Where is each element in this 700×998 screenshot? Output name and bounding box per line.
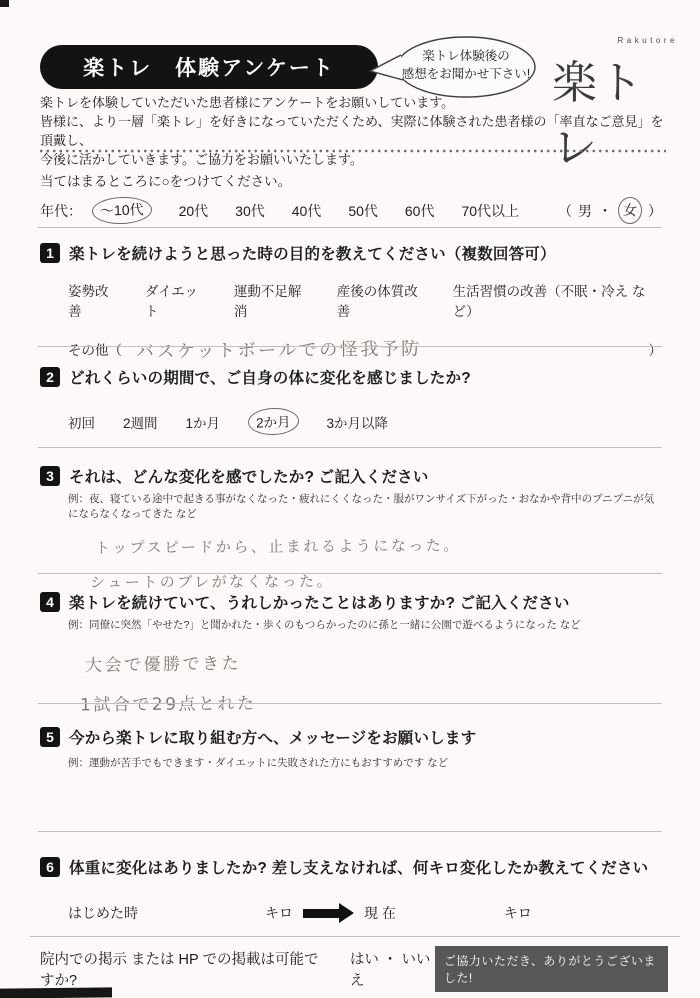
logo-romaji: Rakutore: [618, 36, 678, 45]
question-1-title: 楽トレを続けようと思った時の目的を教えてください（複数回答可）: [69, 242, 556, 264]
question-3-example: 例：夜、寝ている途中で起きる事がなくなった・疲れにくくなった・服がワンサイズ下が…: [68, 491, 664, 521]
question-1: 1 楽トレを続けようと思った時の目的を教えてください（複数回答可） 姿勢改善 ダ…: [40, 242, 664, 361]
q2-option-first: 初回: [68, 412, 95, 432]
q2-option-2months-circled: 2か月: [248, 407, 299, 436]
question-3-title: それは、どんな変化を感でしたか? ご記入ください: [69, 465, 429, 487]
q1-handwritten-answer: バスケットボールでの怪我予防: [122, 332, 649, 364]
q1-option-posture: 姿勢改善: [68, 280, 120, 320]
age-option-50s: 50代: [348, 201, 378, 221]
section-divider: [38, 447, 662, 448]
footer-question: 院内での掲示 または HP での掲載は可能ですか?: [40, 948, 322, 990]
survey-scan-page: 楽トレ 体験アンケート 楽トレ体験後の 感想をお聞かせ下さい! Rakutore…: [0, 0, 700, 998]
q2-option-1month: 1か月: [186, 412, 221, 432]
question-6-number: 6: [40, 857, 60, 877]
question-5-title: 今から楽トレに取り組む方へ、メッセージをお願いします: [69, 726, 476, 748]
age-option-under10s-circled: ～10代: [92, 196, 152, 225]
question-2-number: 2: [40, 367, 60, 387]
page-title: 楽トレ 体験アンケート: [83, 52, 335, 82]
footer-row: 院内での掲示 または HP での掲載は可能ですか? はい ・ いいえ ご協力いた…: [40, 946, 668, 992]
q3-handwritten-line1: トップスピードから、止まれるようになった。: [95, 533, 664, 558]
age-option-20s: 20代: [179, 201, 209, 221]
arrow-right-icon: [303, 903, 354, 923]
question-5: 5 今から楽トレに取り組む方へ、メッセージをお願いします 例：運動が苦手でもでき…: [40, 726, 664, 770]
age-option-40s: 40代: [292, 201, 322, 221]
q1-option-exercise: 運動不足解消: [234, 280, 312, 320]
thanks-badge: ご協力いただき、ありがとうございました!: [435, 946, 668, 992]
question-5-number: 5: [40, 727, 60, 747]
question-6: 6 体重に変化はありましたか? 差し支えなければ、何キロ変化したか教えてください…: [40, 856, 664, 923]
section-divider: [38, 831, 662, 832]
footer-choices: はい ・ いいえ: [350, 948, 435, 990]
intro-line: 皆様に、より一層「楽トレ」を好きになっていただくため、実際に体験された患者様の「…: [40, 112, 665, 150]
q6-start-label: はじめた時: [68, 903, 138, 923]
section-divider: [38, 227, 662, 228]
speech-bubble-text: 楽トレ体験後の 感想をお聞かせ下さい!: [398, 47, 534, 83]
q4-handwritten-line1: 大会で優勝できた: [85, 643, 664, 676]
age-option-60s: 60代: [405, 201, 435, 221]
section-divider: [38, 346, 662, 347]
q6-unit1: キロ: [265, 903, 293, 923]
section-divider: [38, 573, 662, 574]
scan-artifact-strip: [0, 987, 112, 998]
section-divider: [38, 703, 662, 704]
q6-now-label: 現 在: [364, 903, 396, 923]
age-label: 年代：: [40, 201, 82, 221]
age-option-70s-plus: 70代以上: [461, 201, 519, 221]
question-4: 4 楽トレを続けていて、うれしかったことはありますか? ご記入ください 例：同僚…: [40, 591, 664, 713]
question-5-example: 例：運動が苦手でもできます・ダイエットに失敗された方にもおすすめです など: [68, 755, 664, 770]
question-2-title: どれくらいの期間で、ご自身の体に変化を感じましたか?: [69, 366, 471, 388]
scan-artifact-corner: [0, 0, 9, 7]
question-6-title: 体重に変化はありましたか? 差し支えなければ、何キロ変化したか教えてください: [69, 856, 648, 878]
gender-male: 男: [578, 201, 592, 221]
age-option-30s: 30代: [235, 201, 265, 221]
instruction-text: 当てはまるところに○をつけてください。: [40, 170, 291, 190]
q2-option-3months: 3か月以降: [327, 412, 389, 432]
bubble-line2: 感想をお聞かせ下さい!: [398, 65, 534, 83]
gender-female-circled: 女: [617, 196, 642, 224]
question-4-title: 楽トレを続けていて、うれしかったことはありますか? ご記入ください: [69, 591, 570, 613]
gender-paren-close: ）: [648, 201, 662, 221]
gender-group: （ 男 ・ 女 ）: [558, 197, 662, 224]
q1-option-diet: ダイエット: [145, 280, 209, 320]
q2-option-2weeks: 2週間: [123, 412, 158, 432]
q6-unit2: キロ: [504, 903, 532, 923]
q1-option-postpartum: 産後の体質改善: [337, 280, 428, 320]
gender-paren-open: （: [558, 201, 572, 221]
question-1-number: 1: [40, 243, 60, 263]
intro-text: 楽トレを体験していただいた患者様にアンケートをお願いしています。 皆様に、より一…: [40, 93, 665, 169]
question-3-number: 3: [40, 466, 60, 486]
q1-other-label: その他（: [68, 339, 122, 359]
gender-separator: ・: [598, 201, 612, 221]
question-2: 2 どれくらいの期間で、ご自身の体に変化を感じましたか? 初回 2週間 1か月 …: [40, 366, 664, 435]
bubble-line1: 楽トレ体験後の: [398, 47, 534, 65]
dotted-divider: [38, 149, 666, 153]
question-4-example: 例：同僚に突然「やせた?」と聞かれた・歩くのもつらかったのに孫と一緒に公園で遊べ…: [68, 617, 664, 632]
q1-option-lifestyle: 生活習慣の改善（不眠・冷え など）: [453, 280, 664, 320]
q1-other-close: ）: [649, 339, 663, 359]
section-divider: [30, 936, 680, 937]
title-banner: 楽トレ 体験アンケート: [40, 45, 378, 89]
age-row: 年代： ～10代 20代 30代 40代 50代 60代 70代以上 （ 男 ・…: [40, 197, 662, 224]
q4-handwritten-line2: 1試合で29点とれた: [80, 685, 664, 715]
intro-line: 楽トレを体験していただいた患者様にアンケートをお願いしています。: [40, 93, 665, 112]
question-4-number: 4: [40, 592, 60, 612]
